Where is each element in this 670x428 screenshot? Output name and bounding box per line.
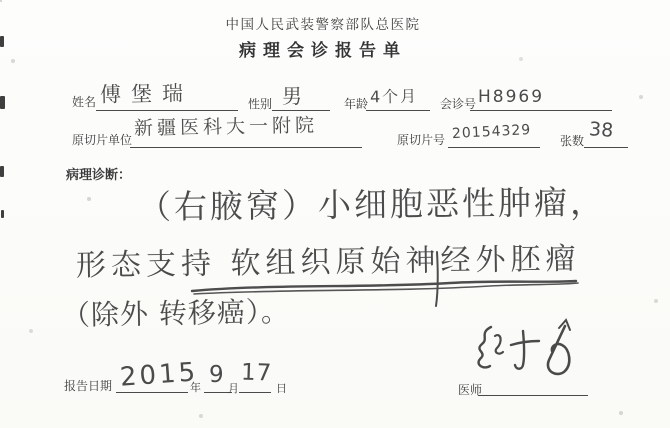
report-title: 病理会诊报告单 [0, 42, 646, 59]
name-label: 姓名 [72, 96, 96, 108]
month-suffix-label: 月 [228, 384, 239, 395]
gender-label: 性别 [248, 98, 272, 110]
name-value-handwritten: 傅堡瑞 [100, 83, 193, 106]
name-field-line [96, 110, 238, 111]
scan-speckles [0, 0, 2, 2]
scan-edge-artifact [1, 210, 4, 218]
consult-no-label: 会诊号 [440, 98, 476, 110]
month-value-handwritten: 9 [209, 364, 224, 387]
diagnosis-label: 病理诊断： [66, 168, 131, 181]
year-value-handwritten: 2015 [119, 359, 199, 390]
diagnosis-line1-handwritten: （右腋窝）小细胞恶性肿瘤， [138, 186, 606, 224]
handwriting-stroke-artifact [436, 252, 438, 306]
day-suffix-label: 日 [276, 384, 287, 395]
consult-no-field-line [470, 110, 612, 111]
age-label: 年龄 [344, 98, 368, 110]
age-value-handwritten: 4个月 [370, 89, 418, 106]
year-suffix-label: 年 [190, 383, 201, 394]
slide-unit-field-line [130, 147, 362, 148]
report-date-label: 报告日期 [64, 380, 112, 392]
pathology-report-scan: 中国人民武装警察部队总医院 病理会诊报告单 姓名 傅堡瑞 性别 男 年龄 4个月… [0, 0, 670, 428]
day-value-handwritten: 17 [241, 361, 273, 385]
slide-unit-value-handwritten: 新疆医科大一附院 [134, 116, 318, 138]
consult-no-value-handwritten: H8969 [478, 89, 544, 106]
slide-no-value-handwritten: 20154329 [452, 123, 532, 141]
scan-edge-artifact [0, 166, 4, 177]
gender-field-line [272, 110, 330, 111]
sheet-count-value-handwritten: 38 [588, 120, 613, 141]
physician-field-line [478, 395, 588, 396]
hand-underline [190, 248, 582, 312]
sheet-count-label: 张数 [560, 135, 584, 147]
day-field-line [239, 392, 271, 393]
slide-no-field-line [448, 147, 540, 148]
age-field-line [366, 110, 430, 111]
physician-signature [473, 318, 587, 380]
sheet-count-field-line [584, 147, 628, 148]
scan-edge-artifact [0, 96, 5, 109]
slide-no-label: 原切片号 [397, 134, 445, 146]
slide-unit-label: 原切片单位 [72, 134, 132, 146]
gender-value-handwritten: 男 [282, 86, 302, 106]
hospital-name: 中国人民武装警察部队总医院 [0, 18, 646, 32]
